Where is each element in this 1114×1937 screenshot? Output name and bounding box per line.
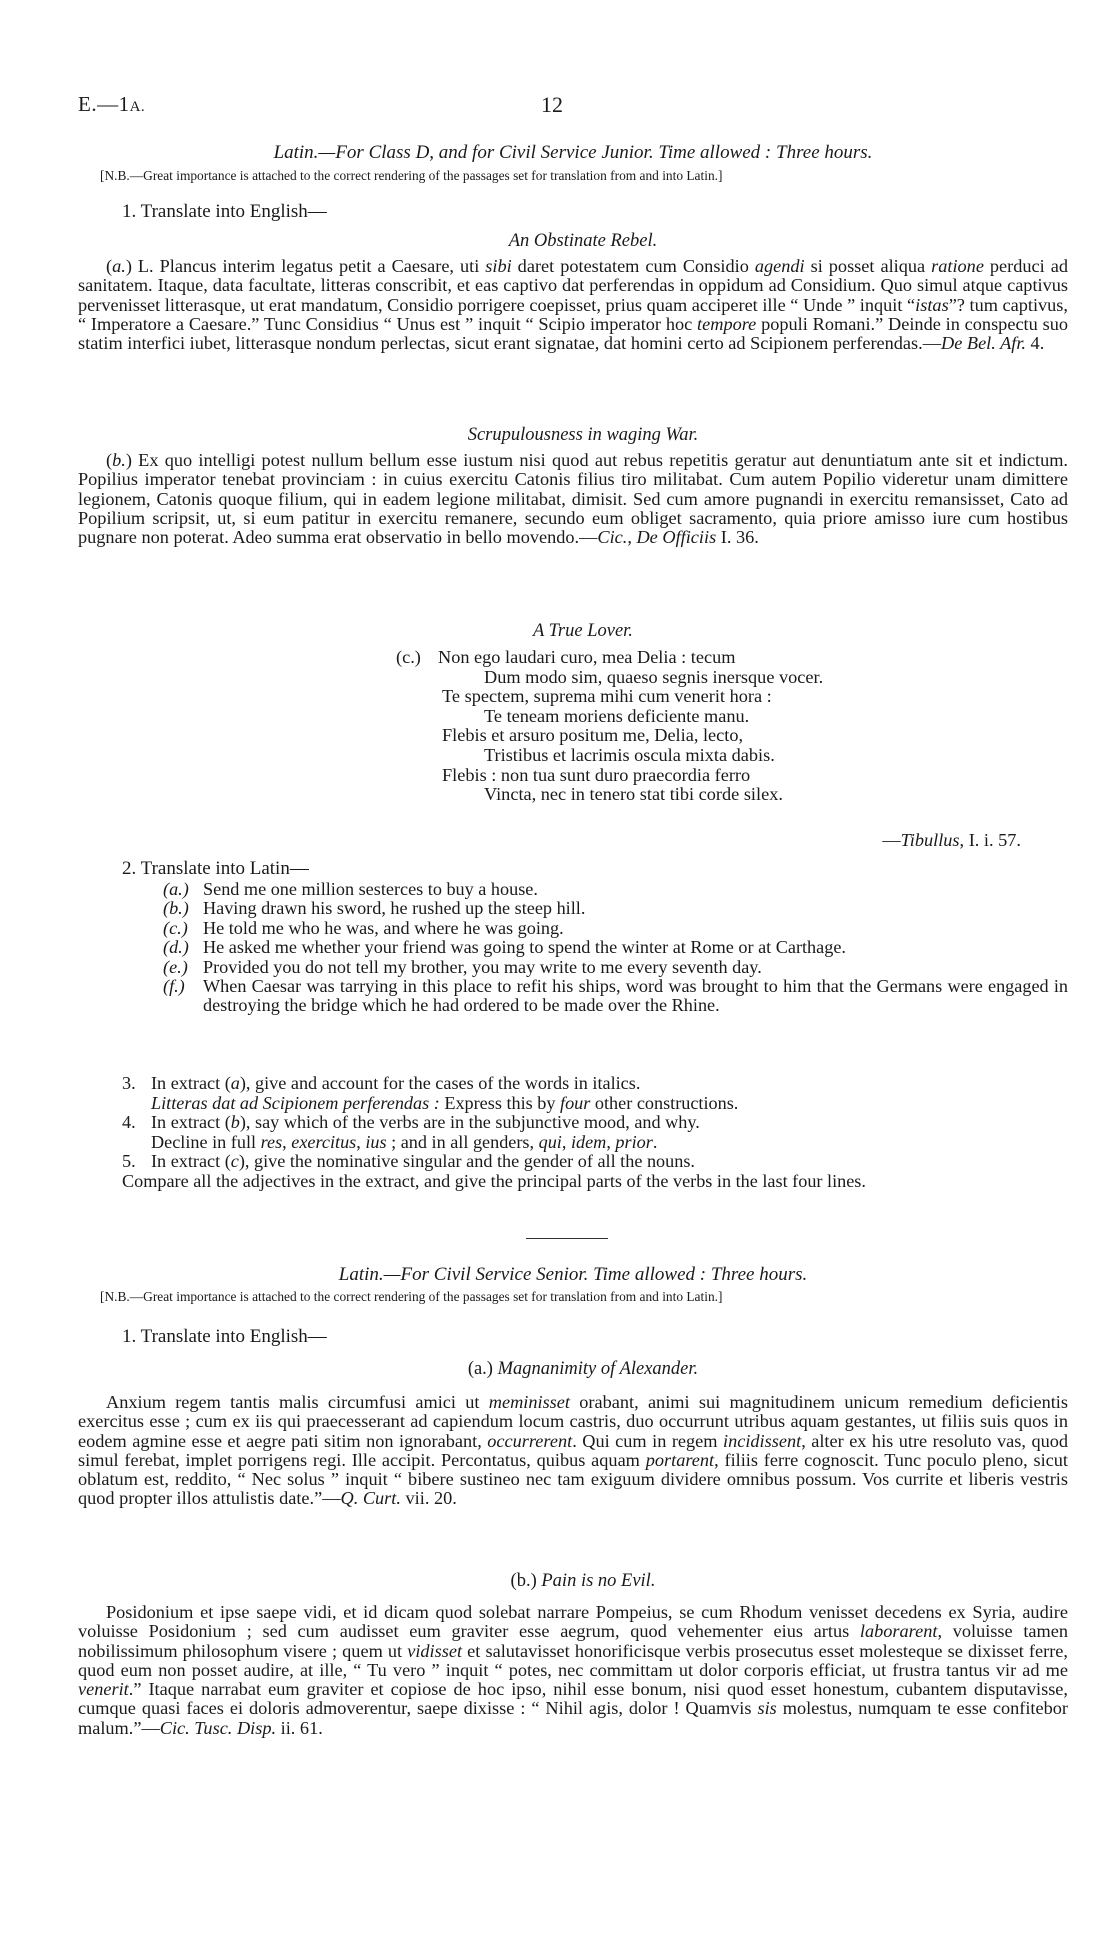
- passage-c-title: A True Lover.: [88, 621, 1078, 642]
- question-3-part-2: Litteras dat ad Scipionem perferendas : …: [78, 1094, 1068, 1114]
- translation-item: (d.)He asked me whether your friend was …: [163, 938, 1068, 957]
- poem-line: (c.)Non ego laudari curo, mea Delia : te…: [396, 648, 823, 668]
- page-header: E.—1A. 12: [78, 92, 1068, 122]
- passage-b-text: (b.) Ex quo intelligi potest nullum bell…: [78, 451, 1068, 547]
- senior-passage-b-title: (b.) Pain is no Evil.: [88, 1571, 1078, 1592]
- poem-line: Te spectem, suprema mihi cum venerit hor…: [396, 687, 823, 707]
- passage-a-title: An Obstinate Rebel.: [88, 231, 1078, 252]
- question-5: 5.In extract (c), give the nominative si…: [78, 1152, 1068, 1172]
- senior-passage-b-text: Posidonium et ipse saepe vidi, et id dic…: [78, 1603, 1068, 1738]
- translation-item: (a.)Send me one million sesterces to buy…: [163, 880, 1068, 899]
- translation-item: (e.)Provided you do not tell my brother,…: [163, 958, 1068, 977]
- poem-line: Tristibus et lacrimis oscula mixta dabis…: [396, 746, 823, 766]
- poem-line: Vincta, nec in tenero stat tibi corde si…: [396, 785, 823, 805]
- questions-3-to-5: 3.In extract (a), give and account for t…: [78, 1074, 1068, 1192]
- document-reference: E.—1A.: [78, 92, 145, 117]
- question-1-heading: 1. Translate into English—: [122, 201, 327, 223]
- passage-c-label: (c.): [396, 648, 438, 668]
- poem-line: Te teneam moriens deficiente manu.: [396, 707, 823, 727]
- exam-title-senior: Latin.—For Civil Service Senior. Time al…: [78, 1264, 1068, 1286]
- senior-passage-a-title: (a.) Magnanimity of Alexander.: [88, 1359, 1078, 1380]
- poem-line: Dum modo sim, quaeso segnis inersque voc…: [396, 668, 823, 688]
- question-4: 4.In extract (b), say which of the verbs…: [78, 1113, 1068, 1133]
- passage-b-title: Scrupulousness in waging War.: [88, 425, 1078, 446]
- senior-question-1-heading: 1. Translate into English—: [122, 1326, 327, 1348]
- passage-c-poem: (c.)Non ego laudari curo, mea Delia : te…: [396, 648, 823, 805]
- page-number: 12: [541, 92, 563, 118]
- question-3: 3.In extract (a), give and account for t…: [78, 1074, 1068, 1094]
- translation-item: (c.)He told me who he was, and where he …: [163, 919, 1068, 938]
- translation-item: (f.)When Caesar was tarrying in this pla…: [163, 977, 1068, 1016]
- question-4-part-2: Decline in full res, exercitus, ius ; an…: [78, 1133, 1068, 1153]
- exam-title-junior: Latin.—For Class D, and for Civil Servic…: [78, 142, 1068, 164]
- poem-line: Flebis et arsuro positum me, Delia, lect…: [396, 726, 823, 746]
- question-5-part-2: Compare all the adjectives in the extrac…: [78, 1172, 1068, 1192]
- nb-note-senior: [N.B.—Great importance is attached to th…: [78, 1289, 1068, 1305]
- nb-note-junior: [N.B.—Great importance is attached to th…: [78, 168, 1068, 184]
- passage-a-text: (a.) L. Plancus interim legatus petit a …: [78, 257, 1068, 353]
- question-2-heading: 2. Translate into Latin—: [122, 858, 309, 880]
- poem-source: —Tibullus, I. i. 57.: [78, 830, 1021, 851]
- section-divider: [526, 1238, 608, 1239]
- question-2-items: (a.)Send me one million sesterces to buy…: [163, 880, 1068, 1016]
- poem-line: Flebis : non tua sunt duro praecordia fe…: [396, 766, 823, 786]
- senior-passage-a-text: Anxium regem tantis malis circumfusi ami…: [78, 1393, 1068, 1509]
- translation-item: (b.)Having drawn his sword, he rushed up…: [163, 899, 1068, 918]
